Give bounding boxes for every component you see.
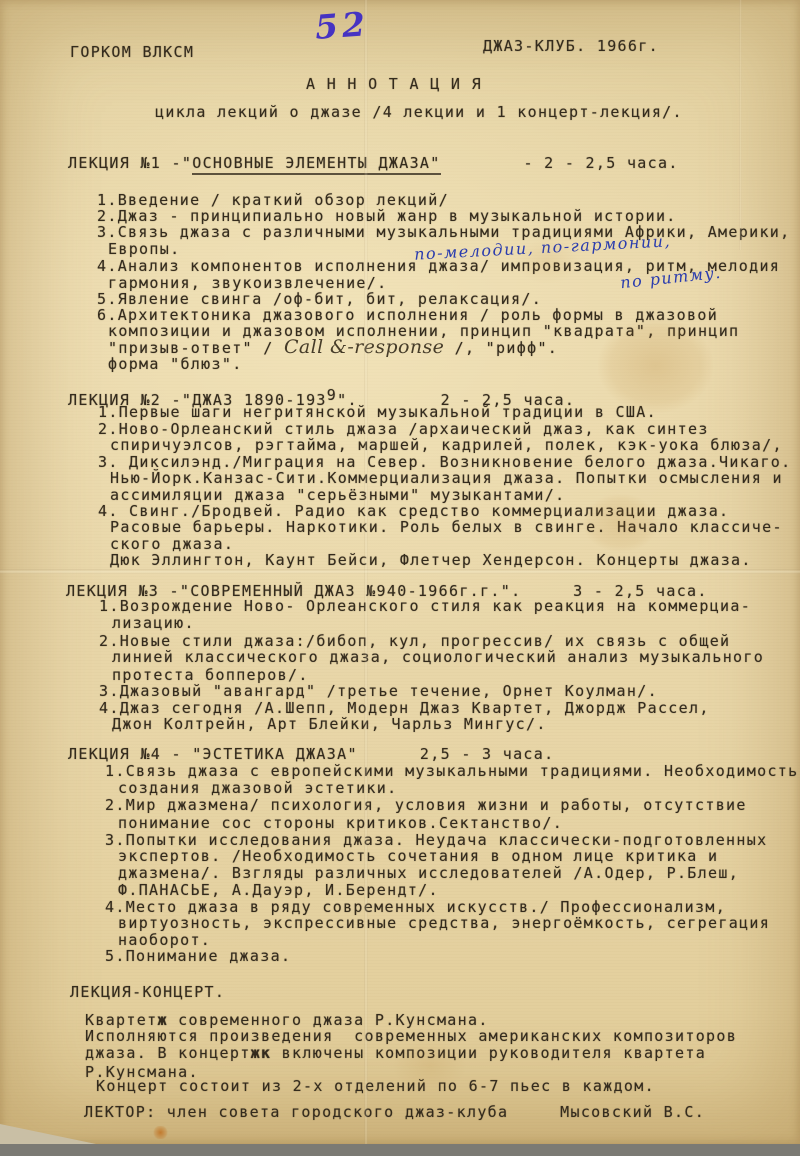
page-subtitle: цикла лекций о джазе /4 лекции и 1 конце…	[155, 104, 683, 121]
header-org: ГОРКОМ ВЛКСМ	[70, 44, 194, 61]
typed-line: Расовые барьеры. Наркотики. Роль белых в…	[110, 519, 783, 536]
typed-line: экспертов. /Необходимость сочетания в од…	[118, 848, 718, 865]
lecturer-line: ЛЕКТОР: член совета городского джаз-клуб…	[84, 1104, 705, 1121]
typed-line: 5.Понимание джаза.	[105, 948, 291, 965]
typed-line: 1.Связь джаза с европейскими музыкальным…	[105, 763, 799, 780]
page-number-handwritten: 52	[314, 4, 371, 47]
typed-line: Дюк Эллингтон, Каунт Бейси, Флетчер Хенд…	[110, 552, 752, 569]
typed-line: джазмена/. Взгляды различных исследовате…	[118, 865, 739, 882]
typed-line: понимание сос стороны критиков.Сектанств…	[118, 815, 563, 832]
typed-line: 3.Связь джаза с различными музыкальными …	[97, 224, 791, 241]
typed-line: Ф.ПАНАСЬЕ, А.Дауэр, И.Берендт/.	[118, 882, 439, 899]
vertical-crease-right	[739, 0, 742, 250]
horizontal-fold-crease	[0, 569, 800, 574]
typed-line: создания джазовой эстетики.	[118, 780, 397, 797]
lecture-4-heading: ЛЕКЦИЯ №4 - "ЭСТЕТИКА ДЖАЗА" 2,5 - 3 час…	[68, 746, 555, 763]
typed-line: 2.Мир джазмена/ психология, условия жизн…	[105, 797, 747, 814]
typed-line: спиричуэлсов, рэгтайма, маршей, кадрилей…	[110, 437, 783, 454]
typed-line: Джон Колтрейн, Арт Блейки, Чарльз Мингус…	[112, 716, 547, 733]
page-title: А Н Н О Т А Ц И Я	[306, 76, 482, 93]
typed-line: Европы.	[108, 241, 180, 258]
typed-line: виртуозность, экспрессивные средства, эн…	[118, 915, 770, 932]
typed-line: лизацию.	[112, 615, 195, 632]
header-club-year: ДЖАЗ-КЛУБ. 1966г.	[483, 38, 659, 55]
scanned-typewritten-page: { "colors": { "paper": "#e7d5a6", "typew…	[0, 0, 800, 1156]
typed-line: Исполняются произведения современных аме…	[85, 1028, 737, 1045]
typed-line: 3.Джазовый "авангард" /третье течение, О…	[99, 683, 658, 700]
lecture-1-heading: ЛЕКЦИЯ №1 -"ОСНОВНЫЕ ЭЛЕМЕНТЫ ДЖАЗА" - 2…	[68, 155, 679, 172]
typed-line: форма "блюз".	[108, 356, 243, 373]
lecture-concert-heading: ЛЕКЦИЯ-КОНЦЕРТ.	[70, 984, 225, 1001]
paper-page: ГОРКОМ ВЛКСМ ДЖАЗ-КЛУБ. 1966г. 52 А Н Н …	[0, 0, 800, 1144]
typed-line: джаза. В концертжк включены композиции р…	[85, 1045, 706, 1062]
typed-line: Нью-Йорк.Канзас-Сити.Коммерциализация дж…	[110, 470, 783, 487]
folded-corner	[0, 1124, 96, 1144]
typed-line: 1.Возрождение Ново- Орлеанского стиля ка…	[99, 598, 751, 615]
typed-line: 1.Первые шаги негритянской музыкальной т…	[98, 404, 657, 421]
paper-spot	[153, 1126, 168, 1139]
typed-line: линией классического джаза, социологичес…	[112, 649, 764, 666]
typed-line: Концерт состоит из 2-х отделений по 6-7 …	[96, 1078, 655, 1095]
